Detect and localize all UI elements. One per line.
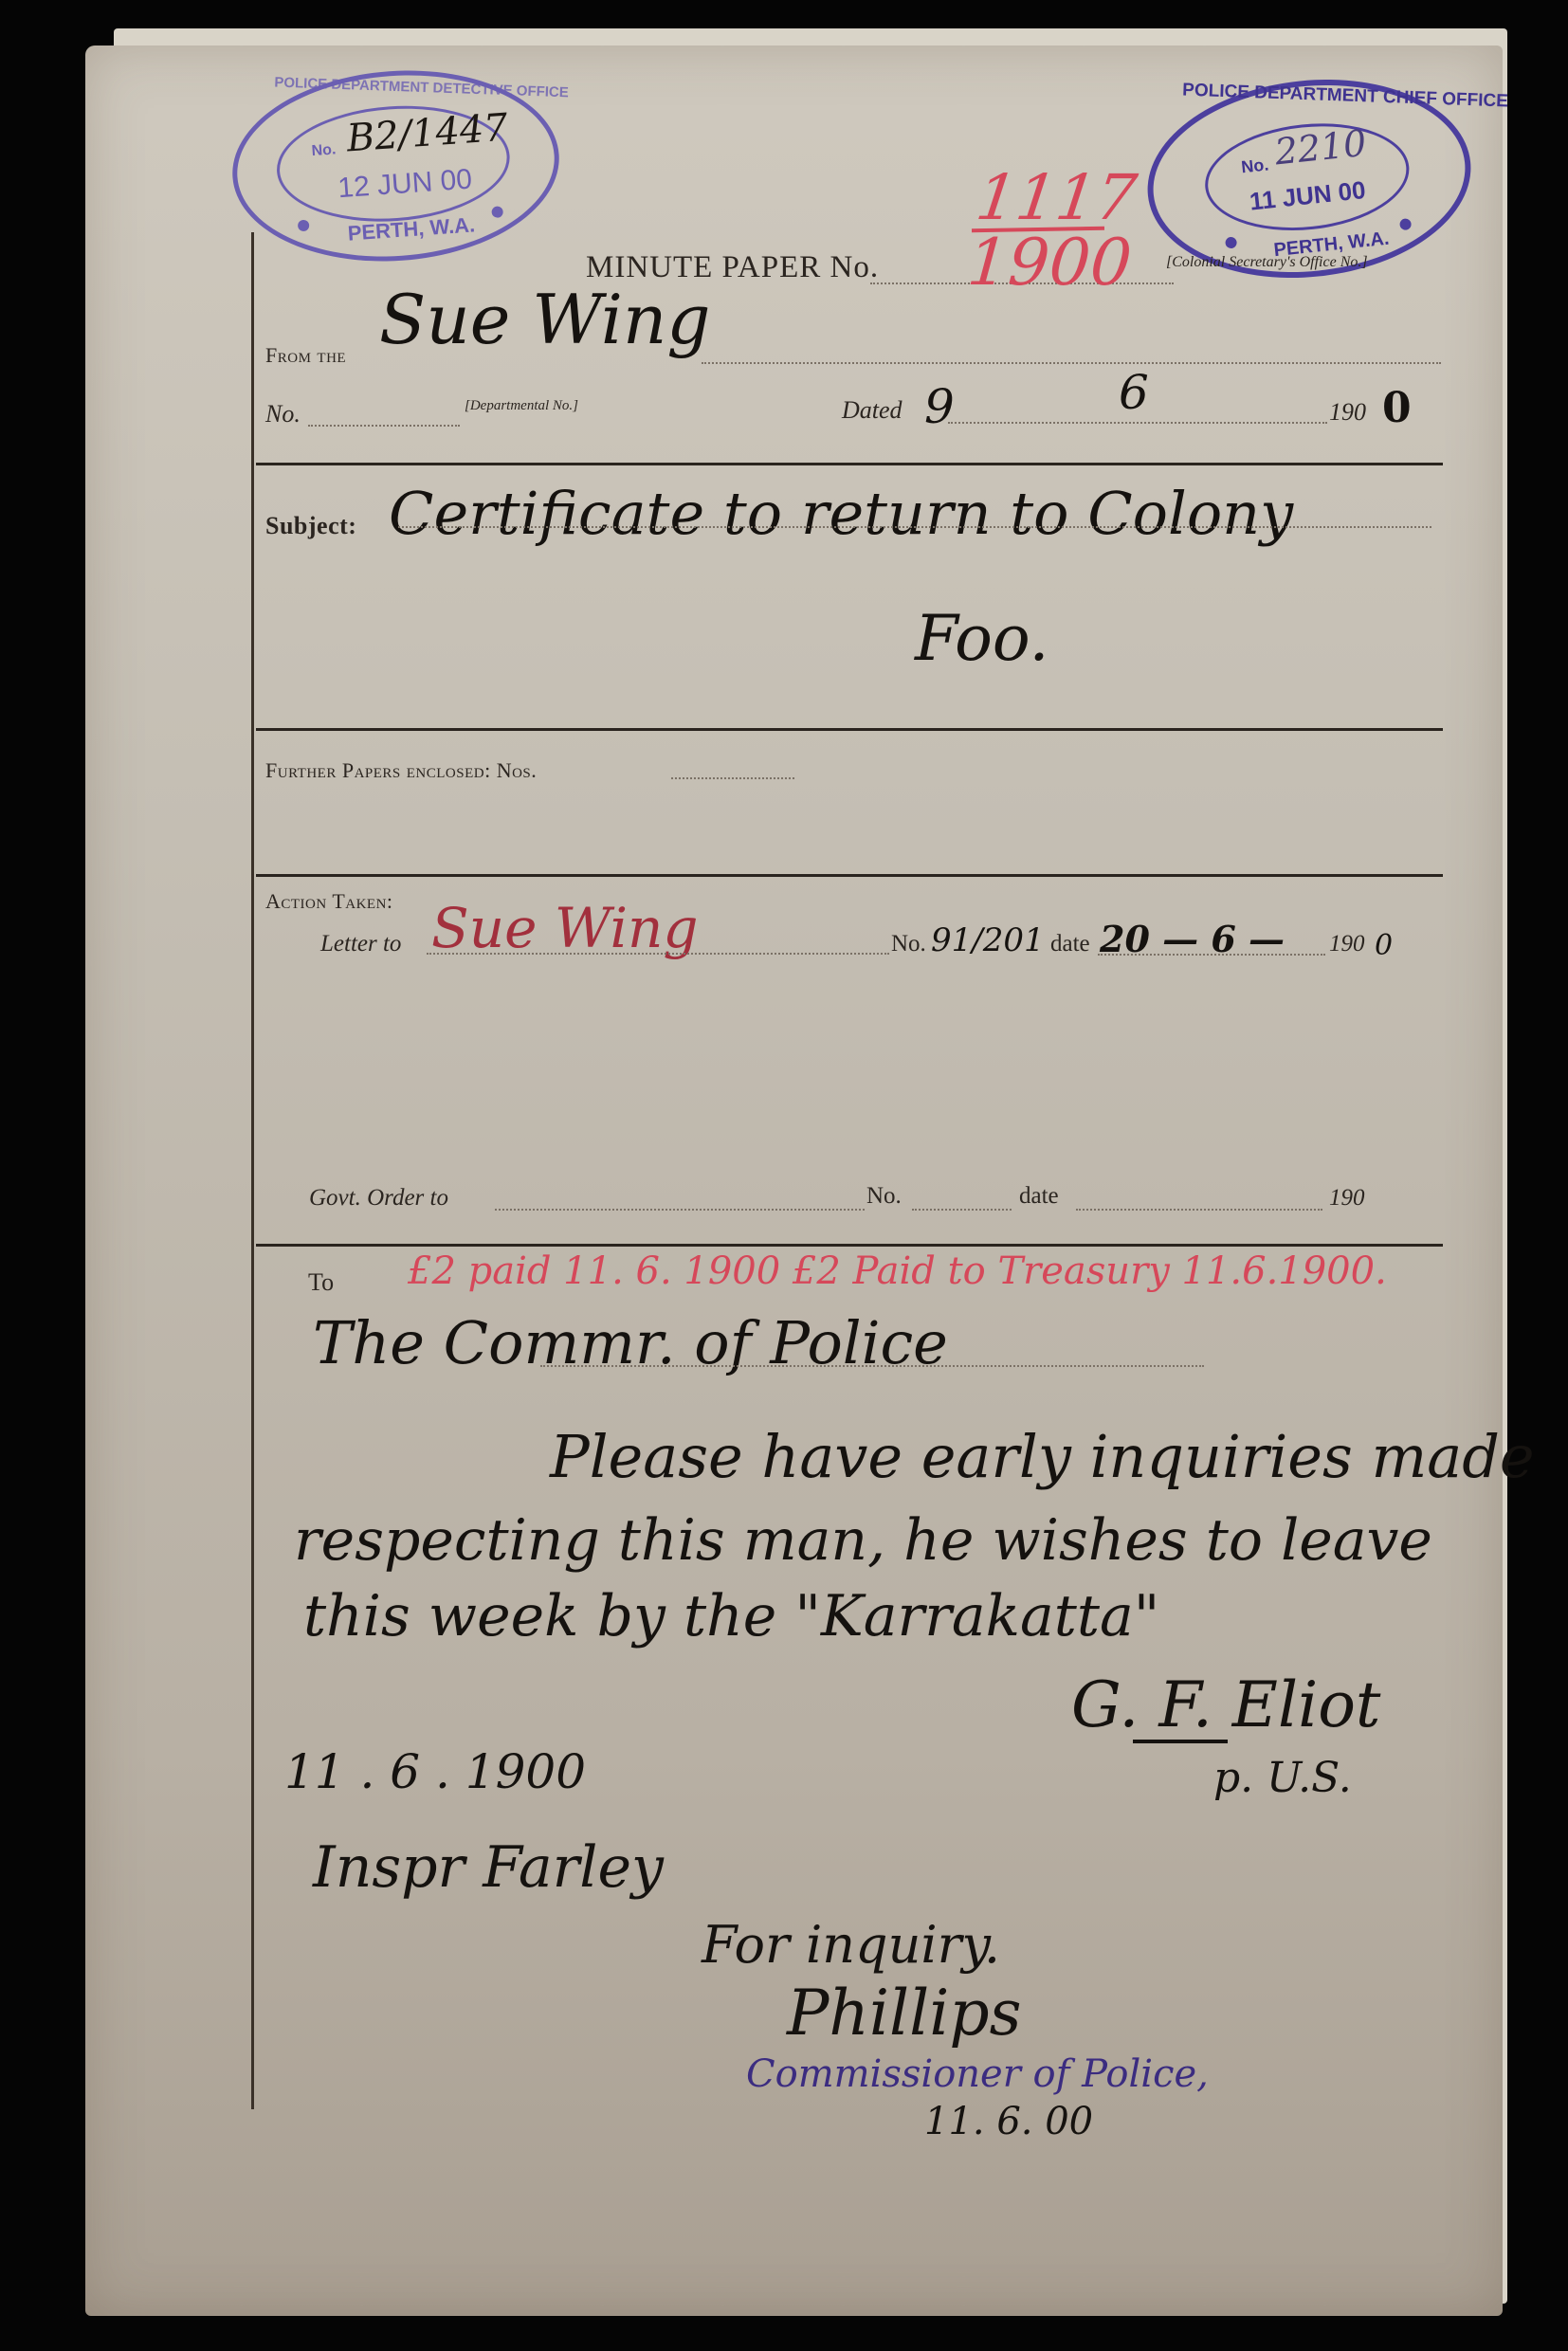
signature-suffix: p. U.S.: [1213, 1754, 1352, 1802]
subject-line-1: Certificate to return to Colony: [389, 479, 1293, 548]
section-divider: [256, 463, 1443, 465]
further-papers-label: Further Papers enclosed: Nos.: [265, 758, 537, 783]
govt-order-no-label: No.: [866, 1183, 902, 1210]
section-divider: [256, 728, 1443, 731]
to-label: To: [308, 1268, 334, 1297]
left-margin-rule: [251, 232, 254, 2109]
instruction: For inquiry.: [702, 1915, 1000, 1975]
stamp-number-label: No.: [311, 141, 337, 160]
subject-line-2: Foo.: [915, 602, 1048, 675]
letter-date-label: date: [1050, 931, 1090, 957]
treasury-payment-note: £2 paid 11. 6. 1900 £2 Paid to Treasury …: [408, 1249, 1387, 1293]
commissioner-signature: Phillips: [787, 1977, 1021, 2050]
colonial-secretary-label: [Colonial Secretary's Office No.]: [1166, 254, 1368, 271]
dated-year-prefix: 190: [1329, 398, 1366, 427]
section-divider: [256, 874, 1443, 877]
body-line-3: this week by the "Karrakatta": [303, 1583, 1159, 1649]
commissioner-date: 11. 6. 00: [924, 2100, 1093, 2143]
subject-label: Subject:: [265, 512, 356, 540]
minute-paper-sheet: [85, 46, 1503, 2316]
govt-order-label: Govt. Order to: [309, 1185, 448, 1212]
action-taken-label: Action Taken:: [265, 889, 393, 914]
body-line-2: respecting this man, he wishes to leave: [294, 1507, 1432, 1574]
letter-to-value: Sue Wing: [431, 896, 698, 960]
govt-order-date-label: date: [1019, 1183, 1059, 1210]
stamp-number-label: No.: [1240, 155, 1269, 177]
minute-date: 11 . 6 . 1900: [284, 1744, 586, 1799]
no-label: No.: [265, 400, 301, 428]
addressee: The Commr. of Police: [313, 1308, 948, 1377]
dated-year-suffix: 0: [1382, 384, 1412, 432]
signature-eliot: G. F. Eliot: [1071, 1668, 1380, 1741]
letter-no-label: No.: [891, 931, 926, 957]
minute-paper-number: 1117: [964, 161, 1147, 234]
letter-no-value: 91/201: [931, 921, 1045, 959]
letter-to-label: Letter to: [320, 931, 401, 957]
from-value: Sue Wing: [379, 280, 710, 359]
body-line-1: Please have early inquiries made: [550, 1422, 1535, 1491]
minute-paper-year: 1900: [957, 226, 1140, 301]
commissioner-title: Commissioner of Police,: [746, 2052, 1209, 2096]
dated-day: 9: [924, 379, 955, 434]
dated-month: 6: [1119, 365, 1149, 420]
departmental-no-label: [Departmental No.]: [465, 398, 578, 414]
letter-year-suffix: 0: [1375, 929, 1393, 962]
letter-year-prefix: 190: [1329, 931, 1365, 957]
signature-underline: [1133, 1740, 1228, 1743]
govt-order-year: 190: [1329, 1185, 1365, 1212]
from-label: From the: [265, 343, 346, 368]
forward-to: Inspr Farley: [313, 1834, 664, 1901]
section-divider: [256, 1244, 1443, 1247]
dated-label: Dated: [842, 396, 903, 425]
